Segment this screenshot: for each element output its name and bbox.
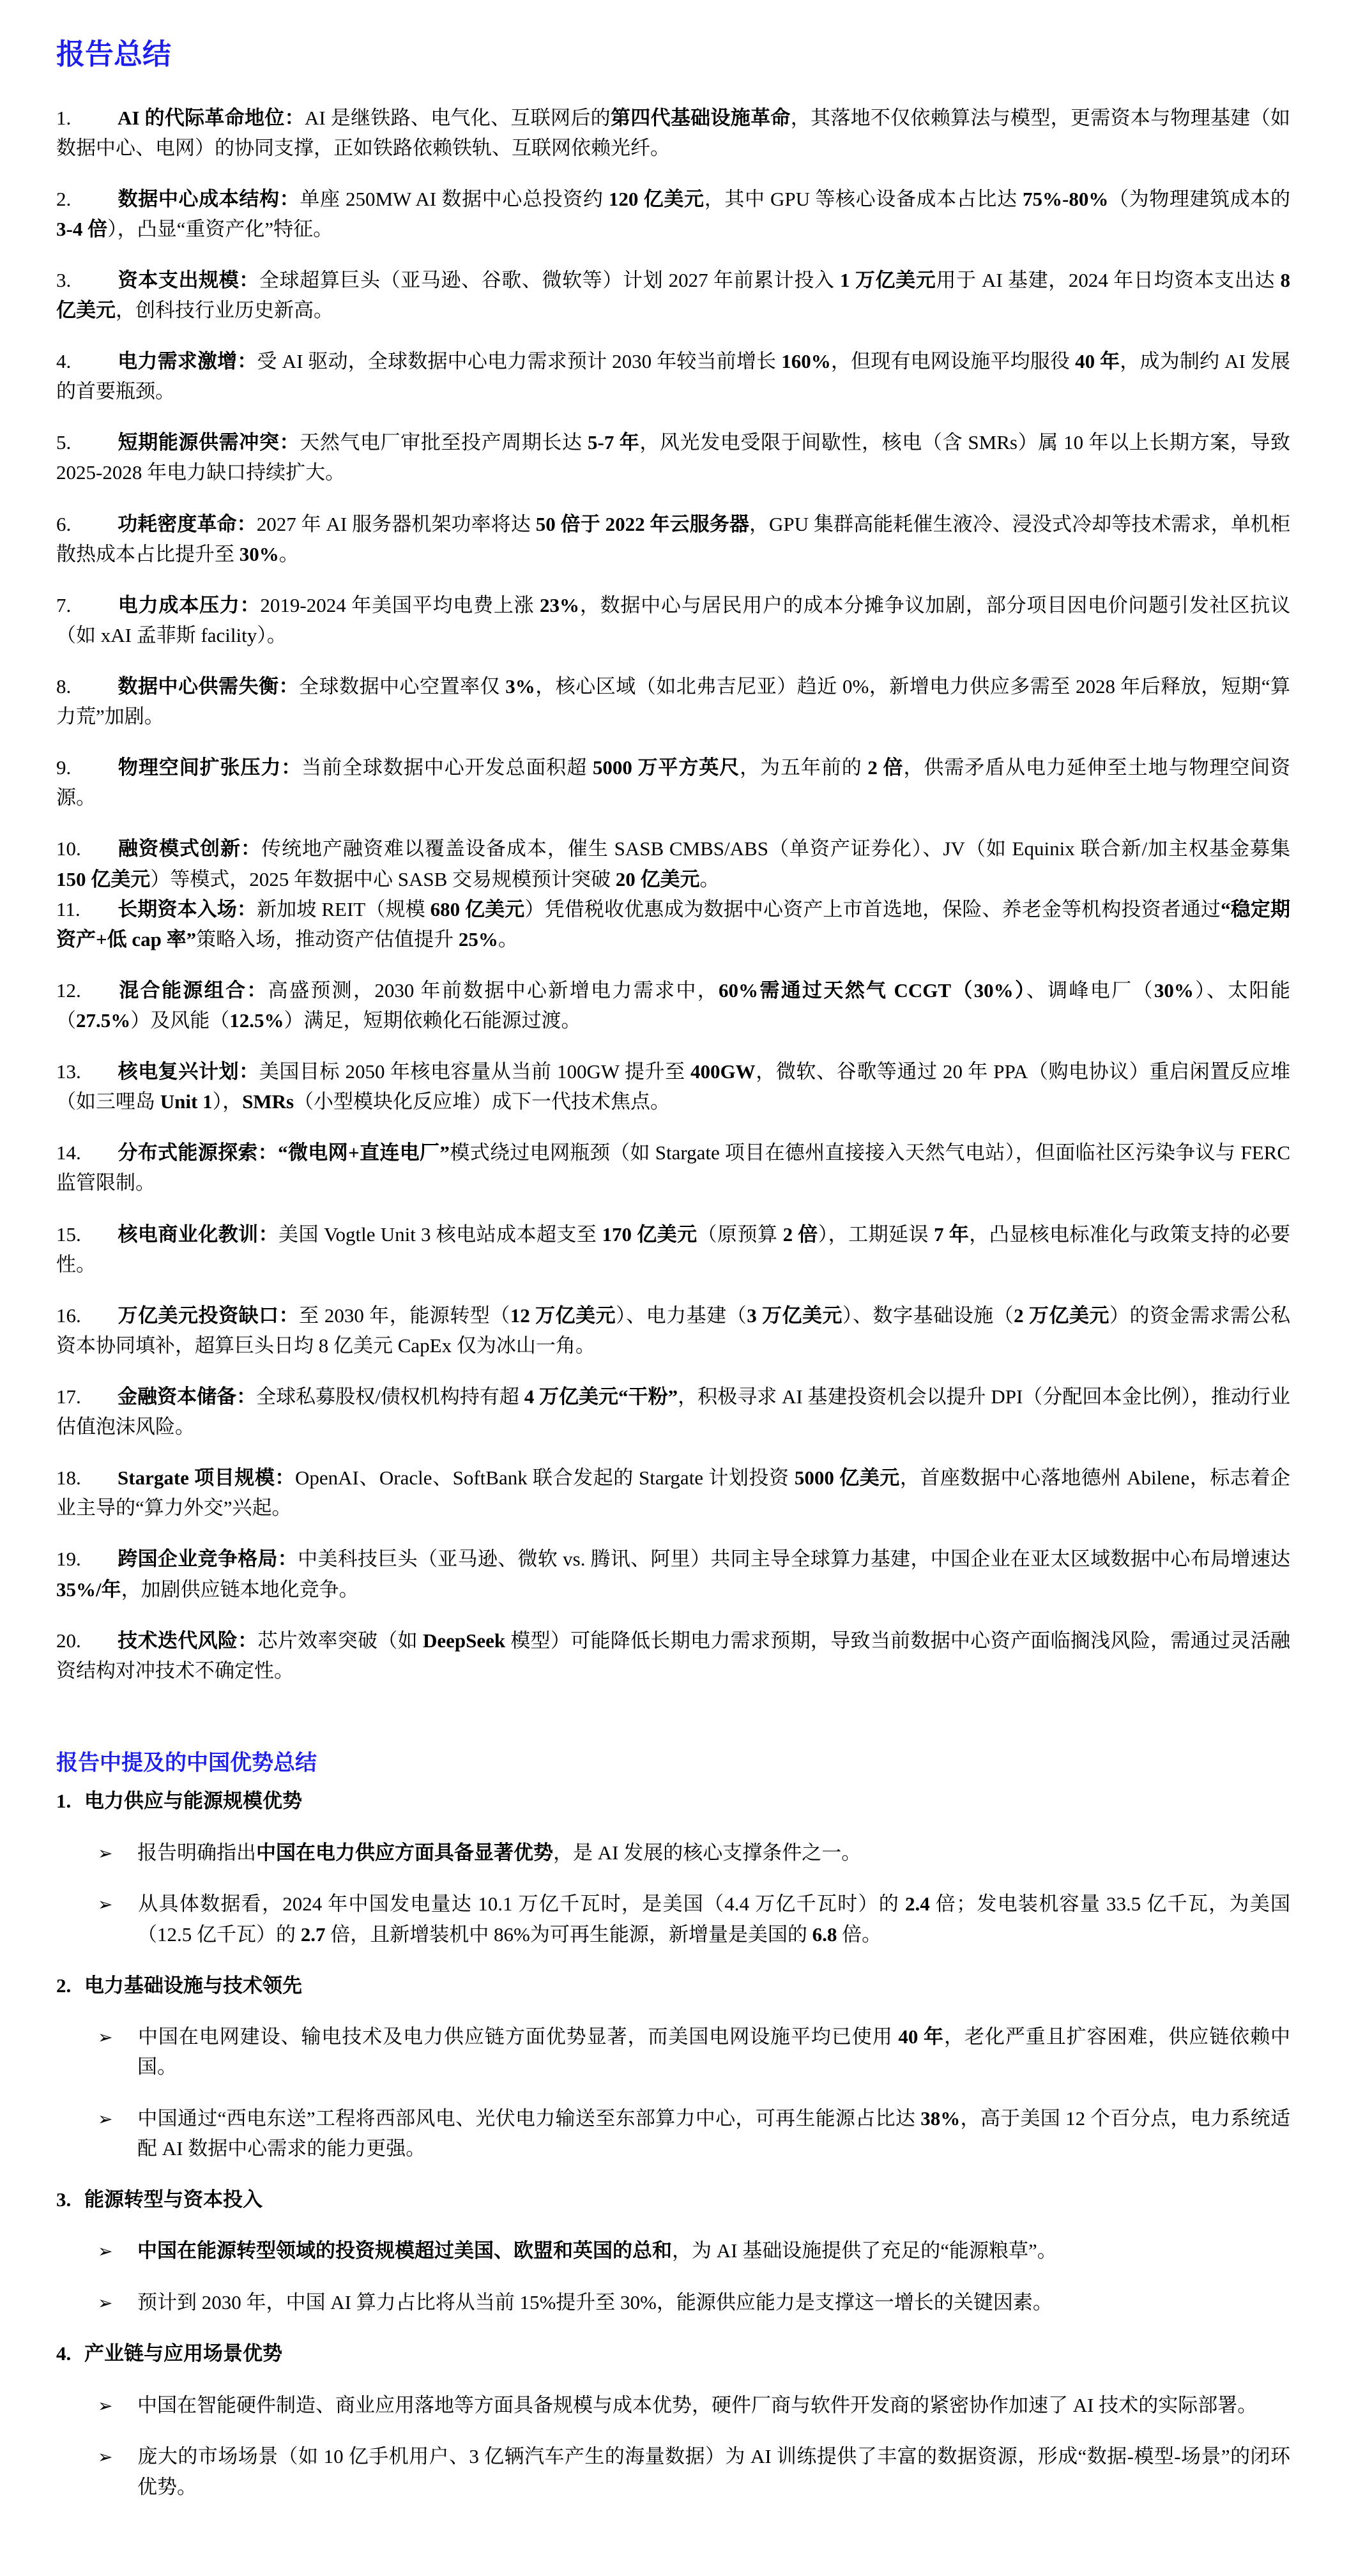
report-item-7: 7.电力成本压力：2019-2024 年美国平均电费上涨 23%，数据中心与居民… — [56, 590, 1290, 650]
text-segment: 23% — [540, 594, 579, 616]
text-segment: ，加剧供应链本地化竞争。 — [121, 1578, 359, 1601]
text-segment: 当前全球数据中心开发总面积超 — [301, 756, 593, 779]
text-segment: 40 年 — [1075, 350, 1120, 372]
text-segment: ）满足，短期依赖化石能源过渡。 — [284, 1009, 581, 1032]
report-item-2: 2.数据中心成本结构：单座 250MW AI 数据中心总投资约 120 亿美元，… — [56, 184, 1290, 244]
text-segment: 2.4 — [905, 1893, 930, 1915]
text-segment: 中美科技巨头（亚马逊、微软 vs. 腾讯、阿里）共同主导全球算力基建，中国企业在… — [298, 1548, 1290, 1570]
text-segment: Stargate 项目规模： — [118, 1467, 295, 1489]
text-segment: 策略入场，推动资产估值提升 — [196, 928, 459, 950]
report-item-8: 8.数据中心供需失衡：全球数据中心空置率仅 3%，核心区域（如北弗吉尼亚）趋近 … — [56, 671, 1290, 731]
text-segment: 美国目标 2050 年核电容量从当前 100GW 提升至 — [259, 1060, 690, 1083]
text-segment: 长期资本入场： — [118, 898, 257, 920]
section-heading-4: 4.产业链与应用场景优势 — [56, 2338, 1290, 2368]
text-segment: ），工期延误 — [818, 1223, 934, 1246]
item-number: 16. — [56, 1300, 118, 1330]
item-number: 17. — [56, 1382, 118, 1412]
text-segment: 天然气电厂审批至投产周期长达 — [300, 431, 588, 453]
report-summary-title: 报告总结 — [56, 36, 1290, 73]
text-segment: 新加坡 REIT（规模 — [257, 898, 431, 920]
text-segment: 5000 万平方英尺 — [593, 756, 740, 779]
section-heading-text: 电力供应与能源规模优势 — [84, 1790, 302, 1812]
report-item-12: 12.混合能源组合：高盛预测，2030 年前数据中心新增电力需求中，60%需通过… — [56, 975, 1290, 1035]
text-segment: 从具体数据看，2024 年中国发电量达 10.1 万亿千瓦时，是美国（4.4 万… — [137, 1893, 905, 1915]
report-item-20: 20.技术迭代风险：芯片效率突破（如 DeepSeek 模型）可能降低长期电力需… — [56, 1626, 1290, 1686]
item-number: 13. — [56, 1056, 118, 1086]
text-segment: 12 万亿美元 — [510, 1304, 616, 1327]
text-segment: ）及风能（ — [130, 1009, 229, 1032]
text-segment: 5000 亿美元 — [795, 1467, 900, 1489]
arrow-bullet-icon: ➢ — [98, 1892, 137, 1919]
text-segment: 50 倍于 2022 年云服务器 — [536, 513, 749, 535]
item-number: 4. — [56, 346, 118, 376]
text-segment: 电力成本压力： — [118, 594, 260, 616]
text-segment: 2 倍 — [783, 1223, 818, 1246]
text-segment: 报告明确指出 — [137, 1841, 256, 1864]
text-segment: 4 万亿美元“干粉” — [524, 1385, 678, 1408]
text-segment: （原预算 — [697, 1223, 783, 1246]
text-segment: 3% — [505, 675, 535, 697]
text-segment: 电力需求激增： — [118, 350, 257, 372]
item-number: 12. — [56, 975, 118, 1005]
text-segment: 倍，且新增装机中 86%为可再生能源，新增量是美国的 — [326, 1923, 812, 1946]
text-segment: 12.5% — [229, 1009, 284, 1032]
report-item-1: 1.AI 的代际革命地位：AI 是继铁路、电气化、互联网后的第四代基础设施革命，… — [56, 103, 1290, 163]
text-segment: 核电商业化教训： — [118, 1223, 278, 1246]
text-segment: ，是 AI 发展的核心支撑条件之一。 — [553, 1841, 861, 1864]
text-segment: 40 年 — [898, 2025, 944, 2048]
text-segment: 传统地产融资难以覆盖设备成本，催生 SASB CMBS/ABS（单资产证券化）、… — [261, 837, 1290, 860]
report-item-14: 14.分布式能源探索：“微电网+直连电厂”模式绕过电网瓶颈（如 Stargate… — [56, 1138, 1290, 1198]
item-number: 6. — [56, 509, 118, 539]
text-segment: 融资模式创新： — [118, 837, 261, 860]
text-segment: 75%-80% — [1023, 188, 1108, 210]
arrow-bullet-icon: ➢ — [98, 1841, 137, 1868]
text-segment: 7 年 — [934, 1223, 969, 1246]
text-segment: 资本支出规模： — [118, 269, 259, 291]
text-segment: ，创科技行业历史新高。 — [116, 299, 333, 321]
text-segment: 单座 250MW AI 数据中心总投资约 — [300, 188, 609, 210]
text-segment: 金融资本储备： — [118, 1385, 256, 1408]
advantage-bullet: ➢庞大的市场场景（如 10 亿手机用户、3 亿辆汽车产生的海量数据）为 AI 训… — [56, 2441, 1290, 2502]
text-segment: 数据中心成本结构： — [118, 188, 300, 210]
text-segment: 30% — [1154, 979, 1194, 1002]
report-item-4: 4.电力需求激增：受 AI 驱动，全球数据中心电力需求预计 2030 年较当前增… — [56, 346, 1290, 406]
text-segment: 。 — [498, 928, 518, 950]
text-segment: 倍。 — [837, 1923, 881, 1946]
text-segment: 。 — [700, 868, 720, 890]
advantage-bullet: ➢中国通过“西电东送”工程将西部风电、光伏电力输送至东部算力中心，可再生能源占比… — [56, 2103, 1290, 2164]
text-segment: ）、数字基础设施（ — [842, 1304, 1014, 1327]
text-segment: 短期能源供需冲突： — [118, 431, 300, 453]
report-item-11: 11.长期资本入场：新加坡 REIT（规模 680 亿美元）凭借税收优惠成为数据… — [56, 894, 1290, 954]
report-item-3: 3.资本支出规模：全球超算巨头（亚马逊、谷歌、微软等）计划 2027 年前累计投… — [56, 265, 1290, 325]
text-segment: 27.5% — [76, 1009, 130, 1032]
advantage-bullet: ➢中国在电网建设、输电技术及电力供应链方面优势显著，而美国电网设施平均已使用 4… — [56, 2022, 1290, 2082]
text-segment: 数据中心供需失衡： — [118, 675, 299, 697]
arrow-bullet-icon: ➢ — [98, 2393, 137, 2421]
text-segment: ）、电力基建（ — [616, 1304, 747, 1327]
item-number: 9. — [56, 752, 118, 782]
text-segment: 5-7 年 — [588, 431, 639, 453]
text-segment: “微电网+直连电厂” — [278, 1141, 450, 1164]
text-segment: 25% — [459, 928, 498, 950]
report-item-9: 9.物理空间扩张压力：当前全球数据中心开发总面积超 5000 万平方英尺，为五年… — [56, 752, 1290, 812]
text-segment: 混合能源组合： — [118, 979, 268, 1002]
text-segment: 全球数据中心空置率仅 — [299, 675, 505, 697]
item-number: 20. — [56, 1626, 118, 1656]
text-segment: 20 亿美元 — [616, 868, 700, 890]
section-heading-text: 能源转型与资本投入 — [84, 2188, 263, 2211]
text-segment: 跨国企业竞争格局： — [118, 1548, 298, 1570]
text-segment: ）， — [213, 1090, 243, 1113]
text-segment: 用于 AI 基建，2024 年日均资本支出达 — [936, 269, 1280, 291]
text-segment: SMRs — [242, 1090, 294, 1113]
text-segment: 2.7 — [301, 1923, 326, 1946]
report-item-15: 15.核电商业化教训：美国 Vogtle Unit 3 核电站成本超支至 170… — [56, 1219, 1290, 1279]
china-advantages-title: 报告中提及的中国优势总结 — [56, 1748, 1290, 1779]
text-segment: 2 倍 — [867, 756, 903, 779]
text-segment: 技术迭代风险： — [118, 1629, 257, 1652]
report-item-16: 16.万亿美元投资缺口：至 2030 年，能源转型（12 万亿美元）、电力基建（… — [56, 1300, 1290, 1360]
text-segment: ）凭借税收优惠成为数据中心资产上市首选地，保险、养老金等机构投资者通过 — [524, 898, 1221, 920]
arrow-bullet-icon: ➢ — [98, 2107, 137, 2134]
text-segment: 120 亿美元 — [609, 188, 705, 210]
report-item-19: 19.跨国企业竞争格局：中美科技巨头（亚马逊、微软 vs. 腾讯、阿里）共同主导… — [56, 1544, 1290, 1604]
text-segment: （为物理建筑成本的 — [1108, 188, 1290, 210]
text-segment: 60%需通过天然气 CCGT（30%） — [719, 979, 1026, 1002]
item-number: 5. — [56, 427, 118, 457]
document-page: 报告总结 1.AI 的代际革命地位：AI 是继铁路、电气化、互联网后的第四代基础… — [0, 0, 1349, 2576]
item-number: 18. — [56, 1463, 118, 1493]
text-segment: 中国在智能硬件制造、商业应用落地等方面具备规模与成本优势，硬件厂商与软件开发商的… — [137, 2394, 1257, 2416]
advantage-bullet: ➢报告明确指出中国在电力供应方面具备显著优势，是 AI 发展的核心支撑条件之一。 — [56, 1838, 1290, 1868]
text-segment: 。 — [279, 543, 299, 565]
text-segment: ，为 AI 基础设施提供了充足的“能源粮草”。 — [672, 2239, 1057, 2262]
section-number: 2. — [56, 1970, 84, 2001]
text-segment: 150 亿美元 — [56, 868, 150, 890]
item-number: 10. — [56, 834, 118, 864]
text-segment: （小型模块化反应堆）成下一代技术焦点。 — [294, 1090, 670, 1113]
text-segment: 功耗密度革命： — [118, 513, 257, 535]
arrow-bullet-icon: ➢ — [98, 2290, 137, 2318]
item-number: 3. — [56, 265, 118, 295]
text-segment: ，为五年前的 — [740, 756, 867, 779]
text-segment: 全球超算巨头（亚马逊、谷歌、微软等）计划 2027 年前累计投入 — [259, 269, 840, 291]
item-number: 15. — [56, 1219, 118, 1249]
text-segment: OpenAI、Oracle、SoftBank 联合发起的 Stargate 计划… — [295, 1467, 795, 1489]
text-segment: 分布式能源探索： — [118, 1141, 278, 1164]
section-heading-3: 3.能源转型与资本投入 — [56, 2184, 1290, 2214]
text-segment: ），凸显“重资产化”特征。 — [107, 218, 333, 240]
text-segment: 3-4 倍 — [56, 218, 107, 240]
text-segment: 160% — [781, 350, 831, 372]
text-segment: AI 是继铁路、电气化、互联网后的 — [305, 107, 611, 129]
report-item-10: 10.融资模式创新：传统地产融资难以覆盖设备成本，催生 SASB CMBS/AB… — [56, 834, 1290, 894]
section-heading-text: 产业链与应用场景优势 — [84, 2342, 282, 2365]
text-segment: 至 2030 年，能源转型（ — [299, 1304, 510, 1327]
arrow-bullet-icon: ➢ — [98, 2444, 137, 2472]
text-segment: ）等模式，2025 年数据中心 SASB 交易规模预计突破 — [150, 868, 616, 890]
text-segment: 物理空间扩张压力： — [118, 756, 301, 779]
text-segment: 庞大的市场场景（如 10 亿手机用户、3 亿辆汽车产生的海量数据）为 AI 训练… — [137, 2445, 1290, 2498]
report-item-13: 13.核电复兴计划：美国目标 2050 年核电容量从当前 100GW 提升至 4… — [56, 1056, 1290, 1117]
text-segment: 、调峰电厂（ — [1026, 979, 1154, 1002]
item-number: 14. — [56, 1138, 118, 1168]
text-segment: AI 的代际革命地位： — [118, 107, 305, 129]
advantage-bullet: ➢中国在智能硬件制造、商业应用落地等方面具备规模与成本优势，硬件厂商与软件开发商… — [56, 2390, 1290, 2421]
arrow-bullet-icon: ➢ — [98, 2239, 137, 2266]
text-segment: 美国 Vogtle Unit 3 核电站成本超支至 — [278, 1223, 602, 1246]
text-segment: DeepSeek — [423, 1629, 505, 1652]
advantage-bullet: ➢中国在能源转型领域的投资规模超过美国、欧盟和英国的总和，为 AI 基础设施提供… — [56, 2236, 1290, 2266]
text-segment: 芯片效率突破（如 — [257, 1629, 423, 1652]
item-number: 8. — [56, 671, 118, 701]
text-segment: 2027 年 AI 服务器机架功率将达 — [257, 513, 536, 535]
text-segment: 2019-2024 年美国平均电费上涨 — [260, 594, 540, 616]
item-number: 1. — [56, 103, 118, 133]
text-segment: 预计到 2030 年，中国 AI 算力占比将从当前 15%提升至 30%，能源供… — [137, 2291, 1053, 2313]
text-segment: 30% — [240, 543, 279, 565]
section-number: 1. — [56, 1786, 84, 1816]
item-number: 11. — [56, 894, 118, 924]
advantage-bullet: ➢从具体数据看，2024 年中国发电量达 10.1 万亿千瓦时，是美国（4.4 … — [56, 1889, 1290, 1949]
text-segment: 1 万亿美元 — [840, 269, 936, 291]
text-segment: 2 万亿美元 — [1014, 1304, 1109, 1327]
text-segment: 680 亿美元 — [431, 898, 525, 920]
report-item-18: 18.Stargate 项目规模：OpenAI、Oracle、SoftBank … — [56, 1463, 1290, 1523]
report-item-6: 6.功耗密度革命：2027 年 AI 服务器机架功率将达 50 倍于 2022 … — [56, 509, 1290, 569]
text-segment: 万亿美元投资缺口： — [118, 1304, 299, 1327]
text-segment: 38% — [920, 2107, 960, 2130]
text-segment: 400GW — [690, 1060, 756, 1083]
text-segment: 核电复兴计划： — [118, 1060, 259, 1083]
text-segment: 中国通过“西电东送”工程将西部风电、光伏电力输送至东部算力中心，可再生能源占比达 — [137, 2107, 920, 2130]
report-summary-list: 1.AI 的代际革命地位：AI 是继铁路、电气化、互联网后的第四代基础设施革命，… — [56, 103, 1290, 1686]
item-number: 2. — [56, 184, 118, 214]
text-segment: ，其中 GPU 等核心设备成本占比达 — [705, 188, 1023, 210]
text-segment: 高盛预测，2030 年前数据中心新增电力需求中， — [268, 979, 719, 1002]
section-heading-1: 1.电力供应与能源规模优势 — [56, 1786, 1290, 1816]
text-segment: 35%/年 — [56, 1578, 121, 1601]
text-segment: 受 AI 驱动，全球数据中心电力需求预计 2030 年较当前增长 — [257, 350, 782, 372]
report-item-17: 17.金融资本储备：全球私募股权/债权机构持有超 4 万亿美元“干粉”，积极寻求… — [56, 1382, 1290, 1442]
text-segment: 全球私募股权/债权机构持有超 — [256, 1385, 524, 1408]
text-segment: 第四代基础设施革命 — [611, 107, 791, 129]
text-segment: 170 亿美元 — [602, 1223, 697, 1246]
section-heading-2: 2.电力基础设施与技术领先 — [56, 1970, 1290, 2001]
text-segment: 中国在电网建设、输电技术及电力供应链方面优势显著，而美国电网设施平均已使用 — [137, 2025, 898, 2048]
advantage-bullet: ➢预计到 2030 年，中国 AI 算力占比将从当前 15%提升至 30%，能源… — [56, 2287, 1290, 2318]
text-segment: Unit 1 — [160, 1090, 213, 1113]
text-segment: ，但现有电网设施平均服役 — [831, 350, 1075, 372]
item-number: 7. — [56, 590, 118, 620]
text-segment: 中国在电力供应方面具备显著优势 — [256, 1841, 553, 1864]
china-advantages-sections: 1.电力供应与能源规模优势➢报告明确指出中国在电力供应方面具备显著优势，是 AI… — [56, 1786, 1290, 2501]
text-segment: 6.8 — [812, 1923, 837, 1946]
section-heading-text: 电力基础设施与技术领先 — [84, 1974, 302, 1997]
section-number: 4. — [56, 2338, 84, 2368]
arrow-bullet-icon: ➢ — [98, 2025, 137, 2052]
report-item-5: 5.短期能源供需冲突：天然气电厂审批至投产周期长达 5-7 年，风光发电受限于间… — [56, 427, 1290, 487]
section-number: 3. — [56, 2184, 84, 2214]
text-segment: 中国在能源转型领域的投资规模超过美国、欧盟和英国的总和 — [137, 2239, 672, 2262]
text-segment: 3 万亿美元 — [747, 1304, 842, 1327]
item-number: 19. — [56, 1544, 118, 1574]
